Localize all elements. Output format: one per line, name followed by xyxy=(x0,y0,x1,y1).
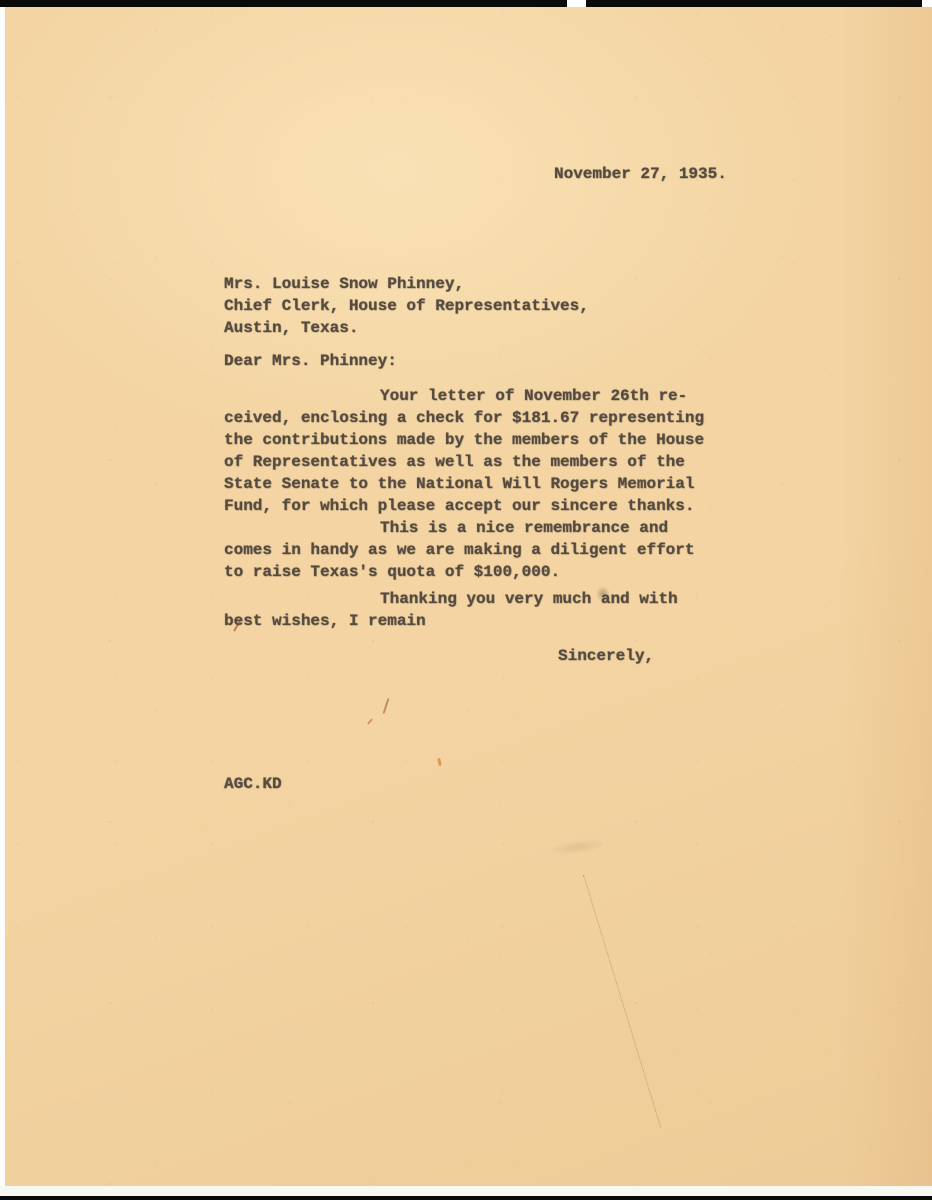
recipient-address: Mrs. Louise Snow Phinney, Chief Clerk, H… xyxy=(224,273,784,339)
ink-smudge xyxy=(596,586,610,602)
scan-top-border-gap xyxy=(922,0,932,7)
scan-top-border xyxy=(0,0,932,7)
letter-date: November 27, 1935. xyxy=(554,163,727,185)
salutation: Dear Mrs. Phinney: xyxy=(224,350,397,372)
scan-bottom-border xyxy=(0,1196,932,1200)
scan-top-border-gap xyxy=(567,0,586,7)
body-paragraph-3: Thanking you very much and with best wis… xyxy=(224,588,784,632)
typist-initials: AGC.KD xyxy=(224,773,282,795)
closing: Sincerely, xyxy=(558,645,654,667)
body-paragraph-1: Your letter of November 26th re- ceived,… xyxy=(224,385,784,517)
scan-bottom-margin xyxy=(0,1186,932,1196)
scan-left-margin xyxy=(0,7,5,1188)
scanned-letter-page: November 27, 1935. Mrs. Louise Snow Phin… xyxy=(0,0,932,1200)
body-paragraph-2: This is a nice remembrance and comes in … xyxy=(224,517,784,583)
